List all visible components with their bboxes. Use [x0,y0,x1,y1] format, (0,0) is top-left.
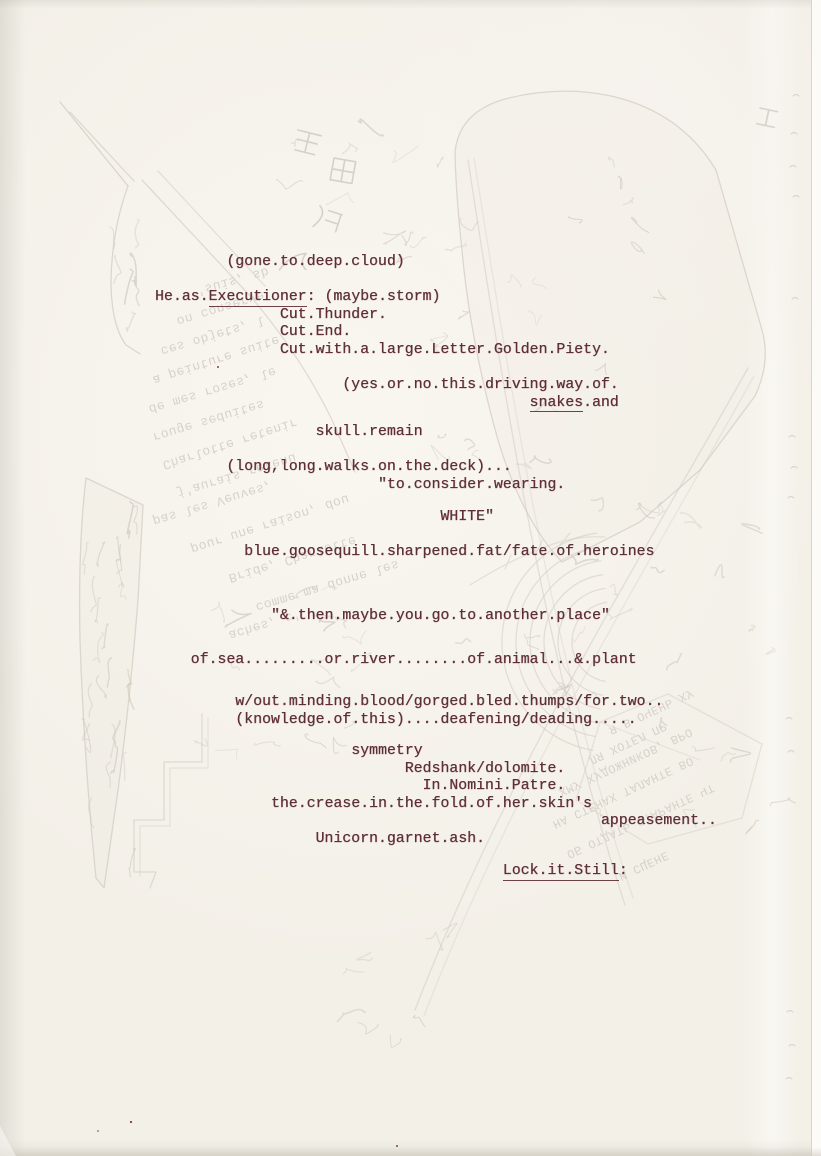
poem-line: snakes.and [155,395,619,413]
stanza: "&.then.maybe.you.go.to.another.place" [155,608,610,626]
poem-text: In.Nomini.Patre. [423,778,566,794]
poem-text: blue.goosequill.sharpened.fat/fate.of.he… [244,544,654,560]
stanza: blue.goosequill.sharpened.fat/fate.of.he… [155,544,654,562]
poem-text: "&.then.maybe.you.go.to.another.place" [271,608,610,624]
poem-line: Lock.it.Still: [155,863,628,881]
underlined-word: Executioner [209,289,307,307]
poem-text: : (maybe.storm) [307,289,441,305]
stanza: WHITE" [155,509,494,527]
poem-line: of.sea.........or.river........of.animal… [155,652,637,670]
poem-line: w/out.minding.blood/gorged.bled.thumps/f… [155,694,663,712]
poem-text: w/out.minding.blood/gorged.bled.thumps/f… [235,694,663,710]
poem-line: Unicorn.garnet.ash. [155,831,717,849]
poem-line: Redshank/dolomite. [155,761,717,779]
poem-text: Redshank/dolomite. [405,761,566,777]
poem-line: appeasement.. [155,813,717,831]
poem-line: symmetry [155,743,717,761]
poem-text: .and [583,395,619,411]
stanza: of.sea.........or.river........of.animal… [155,652,637,670]
ghost-squiggle [135,219,139,247]
stanza: (gone.to.deep.cloud) [155,254,405,272]
poem-text: Cut.Thunder. [280,307,387,323]
stanza: Lock.it.Still: [155,863,628,881]
poem-text: Cut.with.a.large.Letter.Golden.Piety. [280,342,610,358]
poem-text: (yes.or.no.this.driving.way.of. [342,377,618,393]
poem-line: blue.goosequill.sharpened.fat/fate.of.he… [155,544,654,562]
poem-line: "to.consider.wearing. [155,477,565,495]
poem-line: "&.then.maybe.you.go.to.another.place" [155,608,610,626]
ghost-squiggle [126,312,135,331]
poem-line: (yes.or.no.this.driving.way.of. [155,377,619,395]
stanza: (long,long.walks.on.the.deck)... "to.con… [155,459,565,494]
poem-text: He.as. [155,289,209,305]
stanza: w/out.minding.blood/gorged.bled.thumps/f… [155,694,663,729]
ghost-squiggle [110,227,115,249]
underlined-word: snakes [530,395,584,413]
ghost-squiggle [125,269,134,304]
scanned-typewritten-page: { "colors": { "ink": "#5e2d36", "paper":… [0,0,821,1156]
poem-text: (gone.to.deep.cloud) [226,254,404,270]
poem-line: Cut.End. [155,324,610,342]
stanza: symmetry Redshank/dolomite. In.Nomini.Pa… [155,743,717,848]
poem-line: Cut.with.a.large.Letter.Golden.Piety. [155,342,610,360]
poem-line: He.as.Executioner: (maybe.storm) [155,289,610,307]
poem-text: appeasement.. [601,813,717,829]
poem-line: the.crease.in.the.fold.of.her.skin's [155,796,717,814]
poem-text: of.sea.........or.river........of.animal… [191,652,637,668]
poem-text: skull.remain [316,424,423,440]
poem-line: In.Nomini.Patre. [155,778,717,796]
poem-text: "to.consider.wearing. [378,477,565,493]
stanza: skull.remain [155,424,423,442]
poem-text: the.crease.in.the.fold.of.her.skin's [271,796,592,812]
ghost-squiggle [128,684,134,710]
poem-line: Cut.Thunder. [155,307,610,325]
ghost-squiggle [123,752,126,780]
poem-line: skull.remain [155,424,423,442]
poem-text: symmetry [351,743,422,759]
poem-text: WHITE" [440,509,494,525]
poem-text: Cut.End. [280,324,351,340]
poem-text: (long,long.walks.on.the.deck)... [226,459,511,475]
stanza: (yes.or.no.this.driving.way.of. snakes.a… [155,377,619,412]
stanza: He.as.Executioner: (maybe.storm) Cut.Thu… [155,289,610,359]
underlined-word: Lock.it.Still [503,863,619,881]
ghost-squiggle [114,255,121,283]
poem-text: : [619,863,628,879]
poem-line: (long,long.walks.on.the.deck)... [155,459,565,477]
poem-text: (knowledge.of.this)....deafening/deading… [235,712,636,728]
poem-line: (knowledge.of.this)....deafening/deading… [155,712,663,730]
poem-line: WHITE" [155,509,494,527]
poem: (gone.to.deep.cloud)He.as.Executioner: (… [155,0,805,1156]
poem-line: (gone.to.deep.cloud) [155,254,405,272]
poem-text: Unicorn.garnet.ash. [316,831,485,847]
